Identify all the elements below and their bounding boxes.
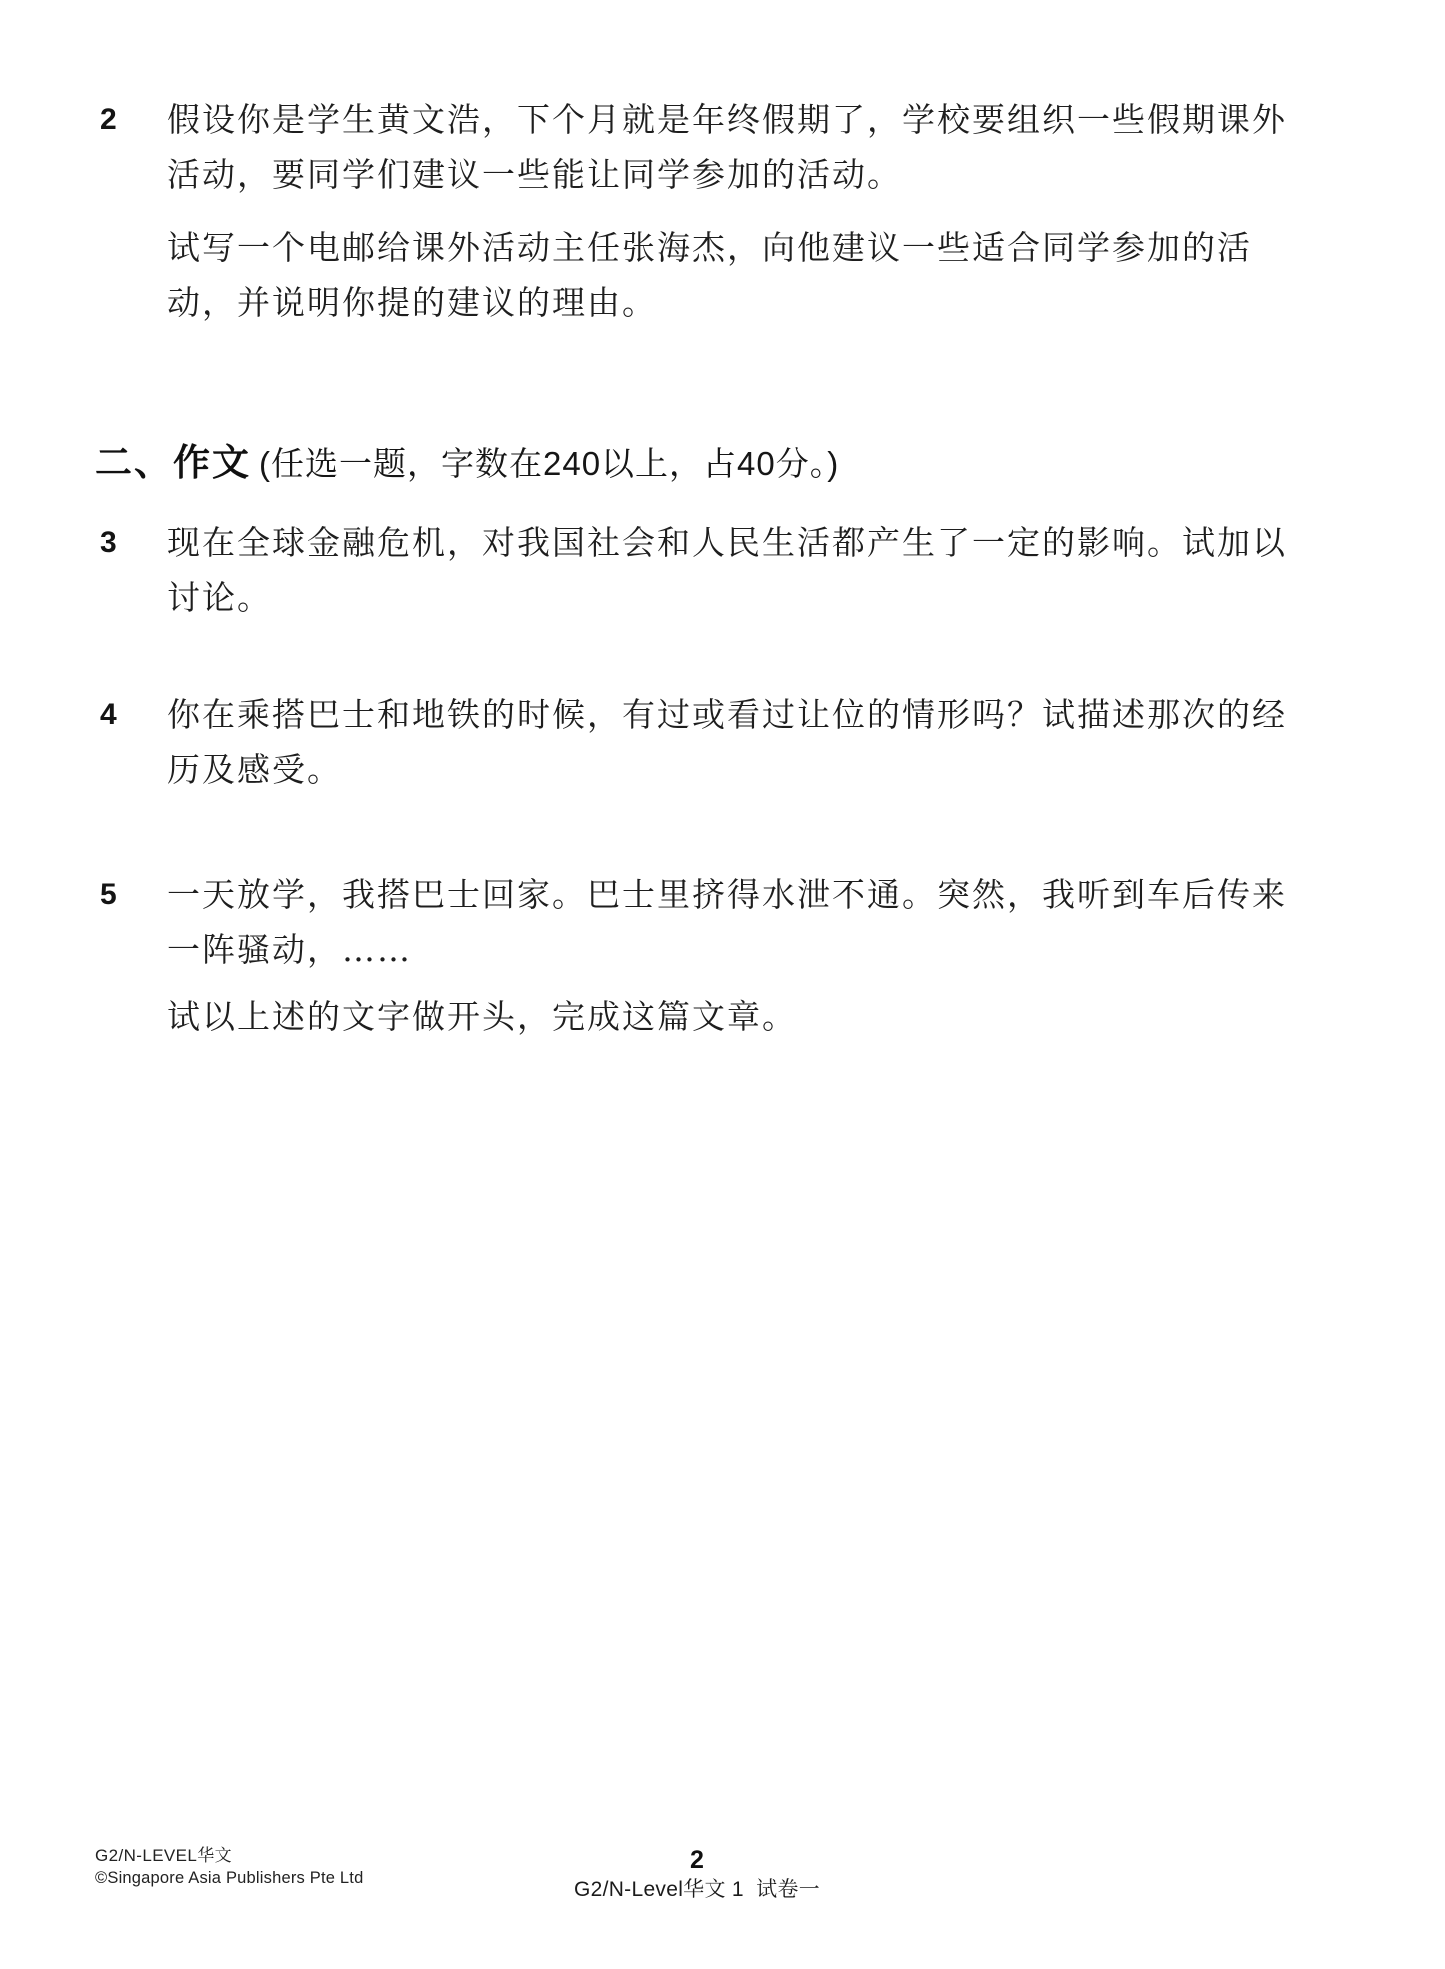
question-4-text: 你在乘搭巴士和地铁的时候，有过或看过让位的情形吗？试描述那次的经 历及感受。 [167,687,1317,797]
section-title: 二、作文 [95,442,251,483]
question-3-text: 现在全球金融危机，对我国社会和人民生活都产生了一定的影响。试加以 讨论。 [167,515,1317,625]
footer-imprint-series: G2/N-LEVEL华文 [95,1844,363,1867]
footer-center: 2 G2/N-Level华文 1 试卷一 [397,1846,997,1903]
question-4-paragraph-1: 你在乘搭巴士和地铁的时候，有过或看过让位的情形吗？试描述那次的经 历及感受。 [167,687,1317,797]
question-2: 2 假设你是学生黄文浩，下个月就是年终假期了，学校要组织一些假期课外 活动，要同… [100,92,1340,330]
footer-paper-label: G2/N-Level华文 1 试卷一 [397,1877,997,1903]
question-5-paragraph-1: 一天放学，我搭巴士回家。巴士里挤得水泄不通。突然，我听到车后传来 一阵骚动，…… [167,867,1317,977]
question-5-text: 一天放学，我搭巴士回家。巴士里挤得水泄不通。突然，我听到车后传来 一阵骚动，……… [167,867,1317,1044]
question-4-number: 4 [100,687,148,742]
question-2-number: 2 [100,92,148,147]
section-note: (任选一题，字数在240以上，占40分。) [259,445,839,482]
question-2-paragraph-1: 假设你是学生黄文浩，下个月就是年终假期了，学校要组织一些假期课外 活动，要同学们… [167,92,1317,202]
question-4: 4 你在乘搭巴士和地铁的时候，有过或看过让位的情形吗？试描述那次的经 历及感受。 [100,687,1340,797]
question-2-paragraph-2: 试写一个电邮给课外活动主任张海杰，向他建议一些适合同学参加的活 动，并说明你提的… [167,220,1317,330]
question-3-number: 3 [100,515,148,570]
question-5: 5 一天放学，我搭巴士回家。巴士里挤得水泄不通。突然，我听到车后传来 一阵骚动，… [100,867,1340,1044]
question-5-number: 5 [100,867,148,922]
exam-paper-page: 2 假设你是学生黄文浩，下个月就是年终假期了，学校要组织一些假期课外 活动，要同… [0,0,1445,1969]
page-number: 2 [397,1846,997,1874]
question-5-paragraph-2: 试以上述的文字做开头，完成这篇文章。 [167,989,1317,1044]
question-3-paragraph-1: 现在全球金融危机，对我国社会和人民生活都产生了一定的影响。试加以 讨论。 [167,515,1317,625]
section-header: 二、作文(任选一题，字数在240以上，占40分。) [95,437,1345,497]
footer-imprint-publisher: ©Singapore Asia Publishers Pte Ltd [95,1867,363,1890]
question-2-text: 假设你是学生黄文浩，下个月就是年终假期了，学校要组织一些假期课外 活动，要同学们… [167,92,1317,330]
question-3: 3 现在全球金融危机，对我国社会和人民生活都产生了一定的影响。试加以 讨论。 [100,515,1340,625]
footer-imprint: G2/N-LEVEL华文 ©Singapore Asia Publishers … [95,1844,363,1890]
